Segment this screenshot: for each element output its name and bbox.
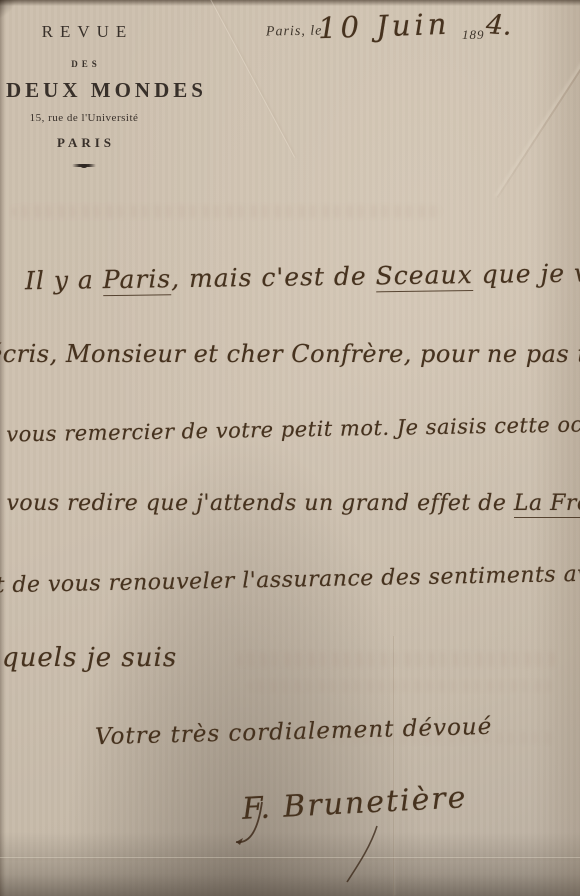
handwritten-text: à vous remercier de votre petit mot. Je … [0, 411, 580, 447]
handwritten-text: , mais c'est de [171, 261, 376, 293]
handwritten-text: que je vous [472, 258, 580, 289]
handwritten-text: et de vous renouveler l'assurance des se… [0, 561, 580, 599]
handwritten-line: pour vous redire que j'attends un grand … [0, 491, 580, 516]
underlined-word: Paris [103, 264, 172, 296]
handwritten-text: pour vous redire que j'attends un grand … [0, 491, 514, 516]
handwritten-line: et de vous renouveler l'assurance des se… [0, 561, 580, 599]
handwritten-text: écris, Monsieur et cher Confrère, pour n… [0, 340, 580, 368]
underlined-word: Sceaux [375, 260, 472, 292]
handwritten-line: écris, Monsieur et cher Confrère, pour n… [0, 340, 580, 368]
handwritten-line: Il y a Paris, mais c'est de Sceaux que j… [25, 258, 580, 296]
letter-body: Il y a Paris, mais c'est de Sceaux que j… [0, 0, 580, 896]
handwritten-text: Il y a [25, 265, 103, 295]
handwritten-line: à vous remercier de votre petit mot. Je … [0, 411, 580, 447]
underlined-word: La Frontière [514, 491, 580, 518]
handwritten-line: quels je suis [2, 643, 177, 673]
letter-photograph: REVUE DES DEUX MONDES 15, rue de l'Unive… [0, 0, 580, 896]
handwritten-text: quels je suis [2, 643, 177, 673]
